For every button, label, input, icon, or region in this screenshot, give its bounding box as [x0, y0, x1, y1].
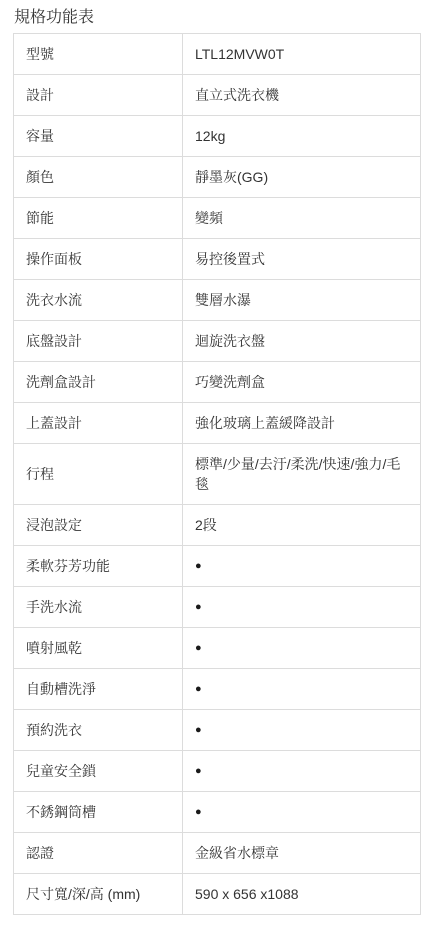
spec-label-cell: 容量 [14, 116, 183, 157]
spec-label-cell: 不銹鋼筒槽 [14, 792, 183, 833]
spec-value-cell: 變頻 [183, 198, 421, 239]
spec-label-cell: 兒童安全鎖 [14, 751, 183, 792]
spec-label-cell: 柔軟芬芳功能 [14, 546, 183, 587]
spec-value-cell: 金級省水標章 [183, 833, 421, 874]
table-row: 噴射風乾 ● [14, 628, 421, 669]
table-row: 操作面板 易控後置式 [14, 239, 421, 280]
spec-value-cell: 強化玻璃上蓋緩降設計 [183, 403, 421, 444]
spec-value-cell: 易控後置式 [183, 239, 421, 280]
spec-value-cell: ● [183, 587, 421, 628]
table-row: 預約洗衣 ● [14, 710, 421, 751]
table-row: 容量 12kg [14, 116, 421, 157]
spec-value-cell: ● [183, 669, 421, 710]
spec-value-cell: 2段 [183, 505, 421, 546]
table-row: 尺寸寬/深/高 (mm) 590 x 656 x1088 [14, 874, 421, 915]
spec-value-cell: 靜墨灰(GG) [183, 157, 421, 198]
spec-label-cell: 預約洗衣 [14, 710, 183, 751]
table-row: 浸泡設定 2段 [14, 505, 421, 546]
spec-label-cell: 認證 [14, 833, 183, 874]
spec-label-cell: 設計 [14, 75, 183, 116]
spec-label-cell: 洗衣水流 [14, 280, 183, 321]
table-row: 行程 標準/少量/去汙/柔洗/快速/強力/毛毯 [14, 444, 421, 505]
spec-label-cell: 顏色 [14, 157, 183, 198]
spec-value-cell: ● [183, 792, 421, 833]
spec-value-cell: ● [183, 628, 421, 669]
spec-label-cell: 底盤設計 [14, 321, 183, 362]
spec-label-cell: 行程 [14, 444, 183, 505]
spec-value-cell: 590 x 656 x1088 [183, 874, 421, 915]
spec-label-cell: 洗劑盒設計 [14, 362, 183, 403]
table-row: 認證 金級省水標章 [14, 833, 421, 874]
spec-value-cell: 雙層水瀑 [183, 280, 421, 321]
spec-label-cell: 噴射風乾 [14, 628, 183, 669]
spec-table-body: 型號 LTL12MVW0T 設計 直立式洗衣機 容量 12kg 顏色 靜墨灰(G… [14, 34, 421, 915]
table-row: 自動槽洗淨 ● [14, 669, 421, 710]
spec-label-cell: 尺寸寬/深/高 (mm) [14, 874, 183, 915]
spec-label-cell: 節能 [14, 198, 183, 239]
table-row: 洗劑盒設計 巧變洗劑盒 [14, 362, 421, 403]
table-row: 不銹鋼筒槽 ● [14, 792, 421, 833]
spec-value-cell: 12kg [183, 116, 421, 157]
table-row: 型號 LTL12MVW0T [14, 34, 421, 75]
spec-label-cell: 自動槽洗淨 [14, 669, 183, 710]
table-row: 上蓋設計 強化玻璃上蓋緩降設計 [14, 403, 421, 444]
table-row: 底盤設計 迴旋洗衣盤 [14, 321, 421, 362]
spec-value-cell: ● [183, 751, 421, 792]
table-row: 顏色 靜墨灰(GG) [14, 157, 421, 198]
table-row: 洗衣水流 雙層水瀑 [14, 280, 421, 321]
spec-value-cell: LTL12MVW0T [183, 34, 421, 75]
table-row: 兒童安全鎖 ● [14, 751, 421, 792]
spec-value-cell: ● [183, 546, 421, 587]
spec-value-cell: 迴旋洗衣盤 [183, 321, 421, 362]
page-title: 規格功能表 [14, 8, 422, 27]
spec-label-cell: 上蓋設計 [14, 403, 183, 444]
spec-page: 規格功能表 型號 LTL12MVW0T 設計 直立式洗衣機 容量 12kg 顏色… [0, 0, 426, 925]
spec-value-cell: ● [183, 710, 421, 751]
spec-value-cell: 巧變洗劑盒 [183, 362, 421, 403]
table-row: 手洗水流 ● [14, 587, 421, 628]
table-row: 節能 變頻 [14, 198, 421, 239]
spec-label-cell: 手洗水流 [14, 587, 183, 628]
spec-value-cell: 直立式洗衣機 [183, 75, 421, 116]
table-row: 設計 直立式洗衣機 [14, 75, 421, 116]
spec-label-cell: 浸泡設定 [14, 505, 183, 546]
spec-table: 型號 LTL12MVW0T 設計 直立式洗衣機 容量 12kg 顏色 靜墨灰(G… [13, 33, 421, 915]
spec-value-cell: 標準/少量/去汙/柔洗/快速/強力/毛毯 [183, 444, 421, 505]
spec-label-cell: 操作面板 [14, 239, 183, 280]
spec-label-cell: 型號 [14, 34, 183, 75]
table-row: 柔軟芬芳功能 ● [14, 546, 421, 587]
